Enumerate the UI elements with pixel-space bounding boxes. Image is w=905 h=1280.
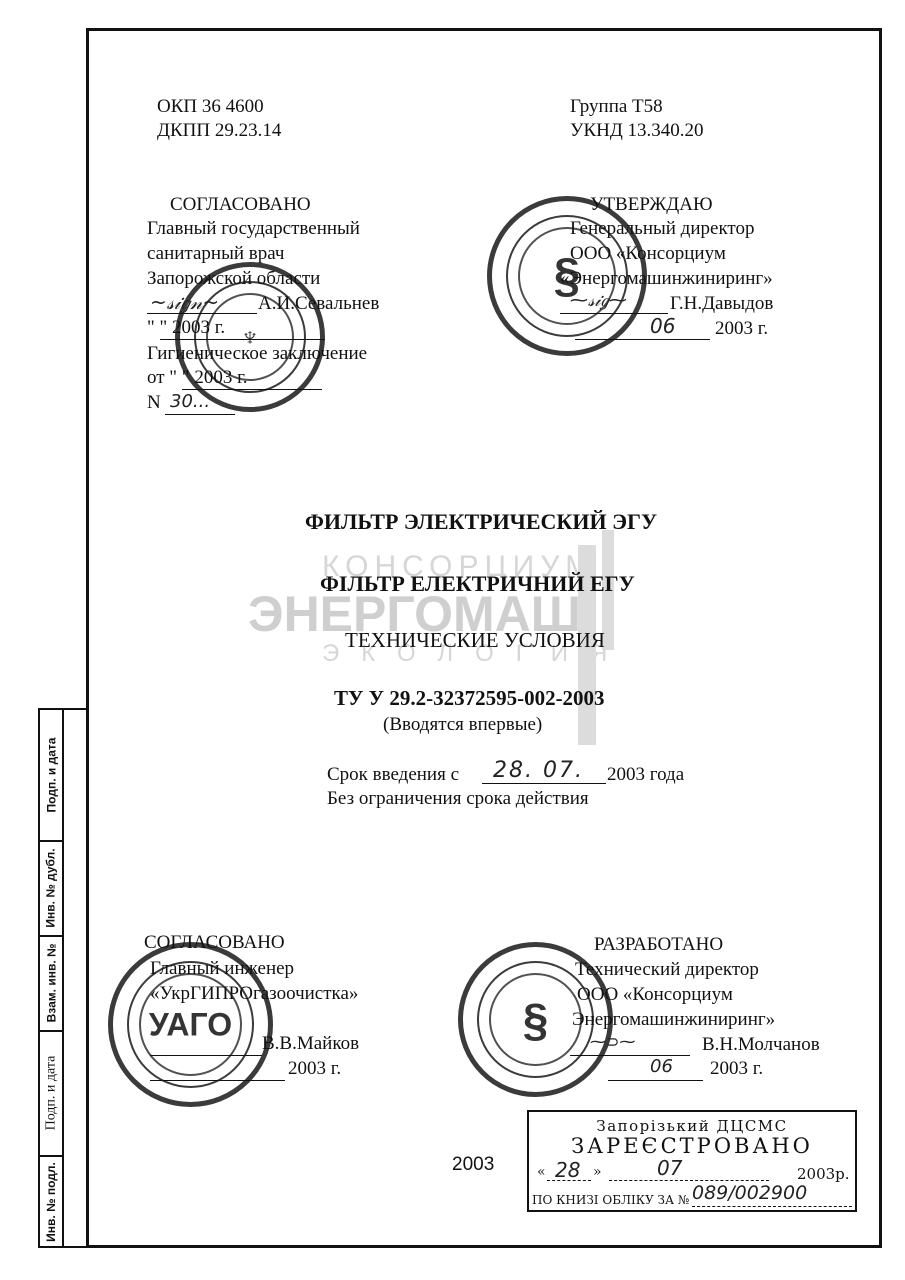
reg-status: ЗАРЕЄСТРОВАНО [529, 1134, 855, 1158]
reg-book-line [692, 1206, 852, 1207]
cell-label-inv-orig: Инв. № подл. [40, 1155, 62, 1248]
reg-month: 07 [657, 1156, 682, 1180]
reg-quote-close: » [593, 1160, 602, 1184]
developed-title: РАЗРАБОТАНО [594, 933, 723, 957]
reg-book-number: 089/002900 [692, 1182, 807, 1204]
subtitle: ТЕХНИЧЕСКИЕ УСЛОВИЯ [345, 628, 605, 652]
date-line [150, 1080, 285, 1081]
approval-right-line: «Энергомашинжиниринг» [560, 267, 773, 291]
signature-davydov: ⁓𝓈𝒾𝑔⁓ [570, 290, 627, 311]
approval-right-line: ООО «Консорциум [570, 242, 726, 266]
signature-sevalnev: ~𝓈𝒾𝑔𝓃~ [150, 290, 219, 314]
approval-left-name: А.И.Севальнев [258, 292, 379, 316]
reg-day: 28 [555, 1158, 580, 1182]
date-line [160, 339, 325, 340]
approval-right-name: Г.Н.Давыдов [670, 292, 773, 316]
uknd-code: УКНД 13.340.20 [570, 119, 704, 143]
developed-month: 06 [650, 1056, 673, 1077]
agreed-bottom-line: «УкрГИПРОгазоочистка» [150, 982, 358, 1006]
hygienic-conclusion-label: Гигиеническое заключение [147, 342, 367, 366]
conclusion-number-label: N [147, 391, 161, 415]
date-line [608, 1080, 703, 1081]
developed-line: Энергомашинжиниринг» [572, 1008, 775, 1032]
agreed-bottom-line: Главный инженер [150, 957, 294, 981]
validity: Без ограничения срока действия [327, 787, 589, 811]
group-code: Группа Т58 [570, 95, 663, 119]
number-line [165, 414, 235, 415]
okp-code: ОКП 36 4600 [157, 95, 264, 119]
seal-logo: УАГО [113, 1006, 268, 1043]
first-issue-note: (Вводятся впервые) [383, 713, 542, 737]
signature-line [150, 1055, 262, 1056]
seal-inner-ring [489, 973, 582, 1066]
effective-date-line [482, 783, 606, 784]
hygienic-conclusion-date: от " " 2003 г. [147, 366, 247, 390]
footer-year: 2003 [452, 1153, 494, 1177]
approval-left-line: санитарный врач [147, 242, 284, 266]
signature-molchanov: ⁓⊃⁓ [590, 1032, 635, 1051]
reg-month-line [609, 1180, 769, 1181]
developed-name: В.Н.Молчанов [702, 1033, 820, 1057]
title-ua: ФІЛЬТР ЕЛЕКТРИЧНИЙ ЕГУ [320, 572, 635, 596]
cell-label-dup-inv: Инв. № дубл. [40, 840, 62, 935]
approval-right-line: Генеральный директор [570, 217, 754, 241]
approval-left-date: " " 2003 г. [147, 316, 225, 340]
approval-right-month: 06 [650, 314, 675, 338]
dkpp-code: ДКПП 29.23.14 [157, 119, 281, 143]
effective-date-label: Срок введения с [327, 763, 459, 787]
conclusion-number: 30... [170, 391, 210, 412]
reg-quote-open: « [537, 1160, 546, 1184]
approval-right-year: 2003 г. [715, 317, 768, 341]
side-stamp-strip: Подп. и дата Инв. № дубл. Взам. инв. № П… [38, 708, 86, 1248]
tu-code: ТУ У 29.2-32372595-002-2003 [334, 686, 605, 710]
developed-line: ООО «Консорциум [577, 983, 733, 1007]
registration-stamp: Запорізький ДЦСМС ЗАРЕЄСТРОВАНО « 28 » 0… [527, 1110, 857, 1212]
developed-year: 2003 г. [710, 1057, 763, 1081]
conclusion-date-line [182, 389, 322, 390]
approval-left-title: СОГЛАСОВАНО [170, 193, 311, 217]
agreed-bottom-name: В.В.Майков [262, 1032, 359, 1056]
developed-line: Технический директор [575, 958, 759, 982]
date-line [575, 339, 710, 340]
cell-label-replace-inv: Взам. инв. № [40, 935, 62, 1030]
agreed-bottom-year: 2003 г. [288, 1057, 341, 1081]
approval-right-title: УТВЕРЖДАЮ [590, 193, 712, 217]
strip-divider [62, 710, 64, 1246]
agreed-bottom-title: СОГЛАСОВАНО [144, 931, 285, 955]
title-ru: ФИЛЬТР ЭЛЕКТРИЧЕСКИЙ ЭГУ [305, 510, 657, 534]
cell-label-sign-date: Подп. и дата [40, 1030, 62, 1155]
approval-left-line: Главный государственный [147, 217, 360, 241]
reg-book-label: ПО КНИЗІ ОБЛІКУ ЗА № [532, 1188, 689, 1212]
cell-label-sign-date-top: Подп. и дата [40, 710, 62, 840]
effective-date-year: 2003 года [607, 763, 684, 787]
effective-date: 28. 07. [493, 758, 584, 783]
approval-left-line: Запорожской области [147, 267, 320, 291]
